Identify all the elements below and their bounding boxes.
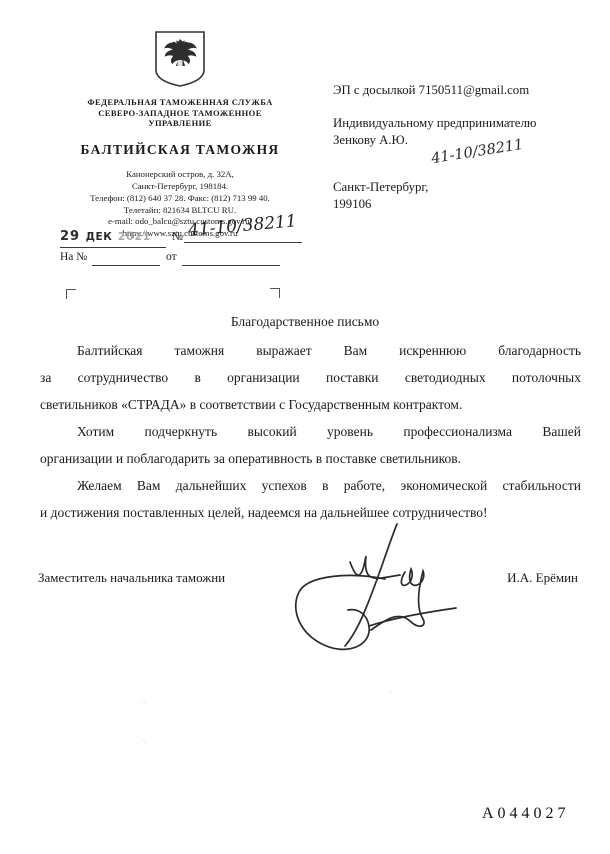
- letterhead: ФЕДЕРАЛЬНАЯ ТАМОЖЕННАЯ СЛУЖБА СЕВЕРО-ЗАП…: [52, 30, 308, 240]
- body-line: светильников «СТРАДА» в соответствии с Г…: [40, 391, 581, 418]
- body-line: за сотрудничество в организации поставки…: [40, 364, 581, 391]
- date-stamp: 29 ДЕК 2021: [60, 225, 166, 248]
- delivery-method-line: ЭП с досылкой 7150511@gmail.com: [333, 82, 585, 98]
- scan-noise: ˙·: [142, 740, 146, 746]
- address-line: Канонерский остров, д. 32А,: [52, 169, 308, 181]
- scan-noise: ·˙·: [140, 700, 146, 706]
- letter-body: Балтийская таможня выражает Вам искренню…: [40, 337, 581, 526]
- reply-date-label: от: [166, 251, 177, 263]
- addressee-line-1: Индивидуальному предпринимателю: [333, 115, 585, 131]
- recipient-postcode: 199106: [333, 196, 585, 212]
- org-line-3: УПРАВЛЕНИЕ: [52, 118, 308, 129]
- russian-coat-of-arms-icon: [154, 30, 206, 88]
- reply-number-underline: [92, 249, 160, 266]
- handwritten-signature: [288, 518, 468, 656]
- date-stamp-month: ДЕК: [86, 231, 113, 243]
- body-line: организации и поблагодарить за оперативн…: [40, 445, 581, 472]
- recipient-city: Санкт-Петербург,: [333, 179, 585, 195]
- address-line: Телефон: (812) 640 37 28. Факс: (812) 71…: [52, 193, 308, 205]
- recipient-block: ЭП с досылкой 7150511@gmail.com Индивиду…: [333, 82, 585, 212]
- org-name: БАЛТИЙСКАЯ ТАМОЖНЯ: [52, 142, 308, 158]
- signer-position-title: Заместитель начальника таможни: [38, 570, 225, 586]
- org-line-1: ФЕДЕРАЛЬНАЯ ТАМОЖЕННАЯ СЛУЖБА: [52, 97, 308, 108]
- reply-to-number-label: На №: [60, 251, 87, 263]
- form-serial-number: А044027: [482, 805, 570, 823]
- number-sign-label: №: [172, 231, 183, 243]
- letter-title: Благодарственное письмо: [40, 314, 570, 330]
- date-stamp-year: 2021: [118, 231, 151, 243]
- org-line-2: СЕВЕРО-ЗАПАДНОЕ ТАМОЖЕННОЕ: [52, 108, 308, 119]
- date-stamp-day: 29: [60, 229, 80, 244]
- address-line: Санкт-Петербург, 198184.: [52, 181, 308, 193]
- scanned-letter-page: ФЕДЕРАЛЬНАЯ ТАМОЖЕННАЯ СЛУЖБА СЕВЕРО-ЗАП…: [0, 0, 610, 854]
- signer-name: И.А. Ерёмин: [507, 570, 578, 586]
- address-corner-mark-left: [66, 289, 76, 299]
- address-corner-mark-right: [270, 288, 280, 298]
- reply-date-underline: [182, 249, 280, 266]
- body-line: Желаем Вам дальнейших успехов в работе, …: [40, 472, 581, 499]
- body-line: Балтийская таможня выражает Вам искренню…: [40, 337, 581, 364]
- body-line: Хотим подчеркнуть высокий уровень профес…: [40, 418, 581, 445]
- scan-noise: ·: [390, 690, 392, 696]
